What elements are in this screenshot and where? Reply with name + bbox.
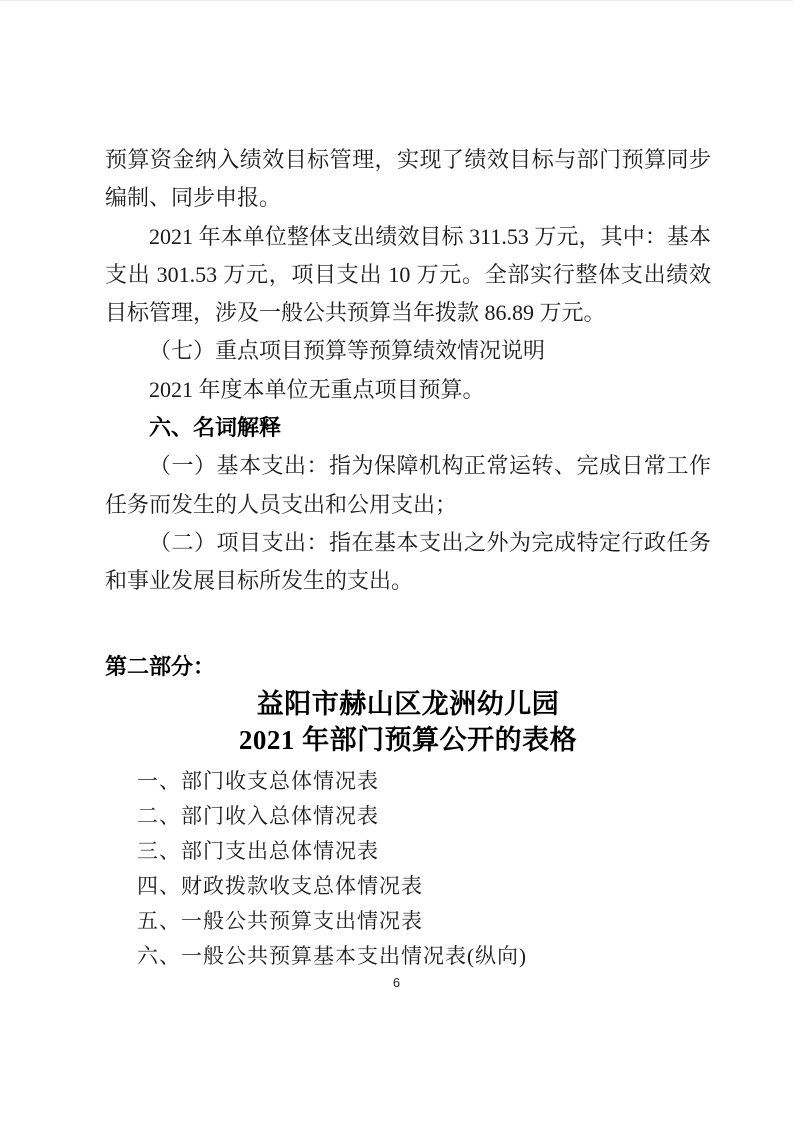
paragraph-key-project-note: （七）重点项目预算等预算绩效情况说明 bbox=[105, 332, 711, 370]
heading-terms-explanation: 六、名词解释 bbox=[105, 409, 711, 447]
part2-label: 第二部分： bbox=[105, 648, 711, 686]
paragraph-definition-basic-expenditure: （一）基本支出：指为保障机构正常运转、完成日常工作任务而发生的人员支出和公用支出… bbox=[105, 447, 711, 524]
budget-table-list: 一、部门收支总体情况表 二、部门收入总体情况表 三、部门支出总体情况表 四、财政… bbox=[105, 764, 711, 974]
paragraph-no-key-project: 2021 年度本单位无重点项目预算。 bbox=[105, 371, 711, 409]
part2-title-budget-tables: 2021 年部门预算公开的表格 bbox=[105, 722, 711, 759]
page-number: 6 bbox=[0, 975, 793, 990]
list-item-table-1: 一、部门收支总体情况表 bbox=[137, 764, 711, 799]
list-item-table-5: 五、一般公共预算支出情况表 bbox=[137, 904, 711, 939]
list-item-table-6: 六、一般公共预算基本支出情况表(纵向) bbox=[137, 939, 711, 974]
paragraph-overall-expenditure-target: 2021 年本单位整体支出绩效目标 311.53 万元，其中：基本支出 301.… bbox=[105, 218, 711, 333]
list-item-table-4: 四、财政拨款收支总体情况表 bbox=[137, 869, 711, 904]
page-content: 预算资金纳入绩效目标管理，实现了绩效目标与部门预算同步编制、同步申报。 2021… bbox=[105, 141, 711, 974]
part2-title-org-name: 益阳市赫山区龙洲幼儿园 bbox=[105, 686, 711, 723]
paragraph-budget-performance-continued: 预算资金纳入绩效目标管理，实现了绩效目标与部门预算同步编制、同步申报。 bbox=[105, 141, 711, 218]
paragraph-definition-project-expenditure: （二）项目支出：指在基本支出之外为完成特定行政任务和事业发展目标所发生的支出。 bbox=[105, 524, 711, 601]
part2-section: 第二部分： 益阳市赫山区龙洲幼儿园 2021 年部门预算公开的表格 一、部门收支… bbox=[105, 648, 711, 974]
list-item-table-3: 三、部门支出总体情况表 bbox=[137, 834, 711, 869]
document-page: 预算资金纳入绩效目标管理，实现了绩效目标与部门预算同步编制、同步申报。 2021… bbox=[0, 0, 793, 1122]
list-item-table-2: 二、部门收入总体情况表 bbox=[137, 799, 711, 834]
